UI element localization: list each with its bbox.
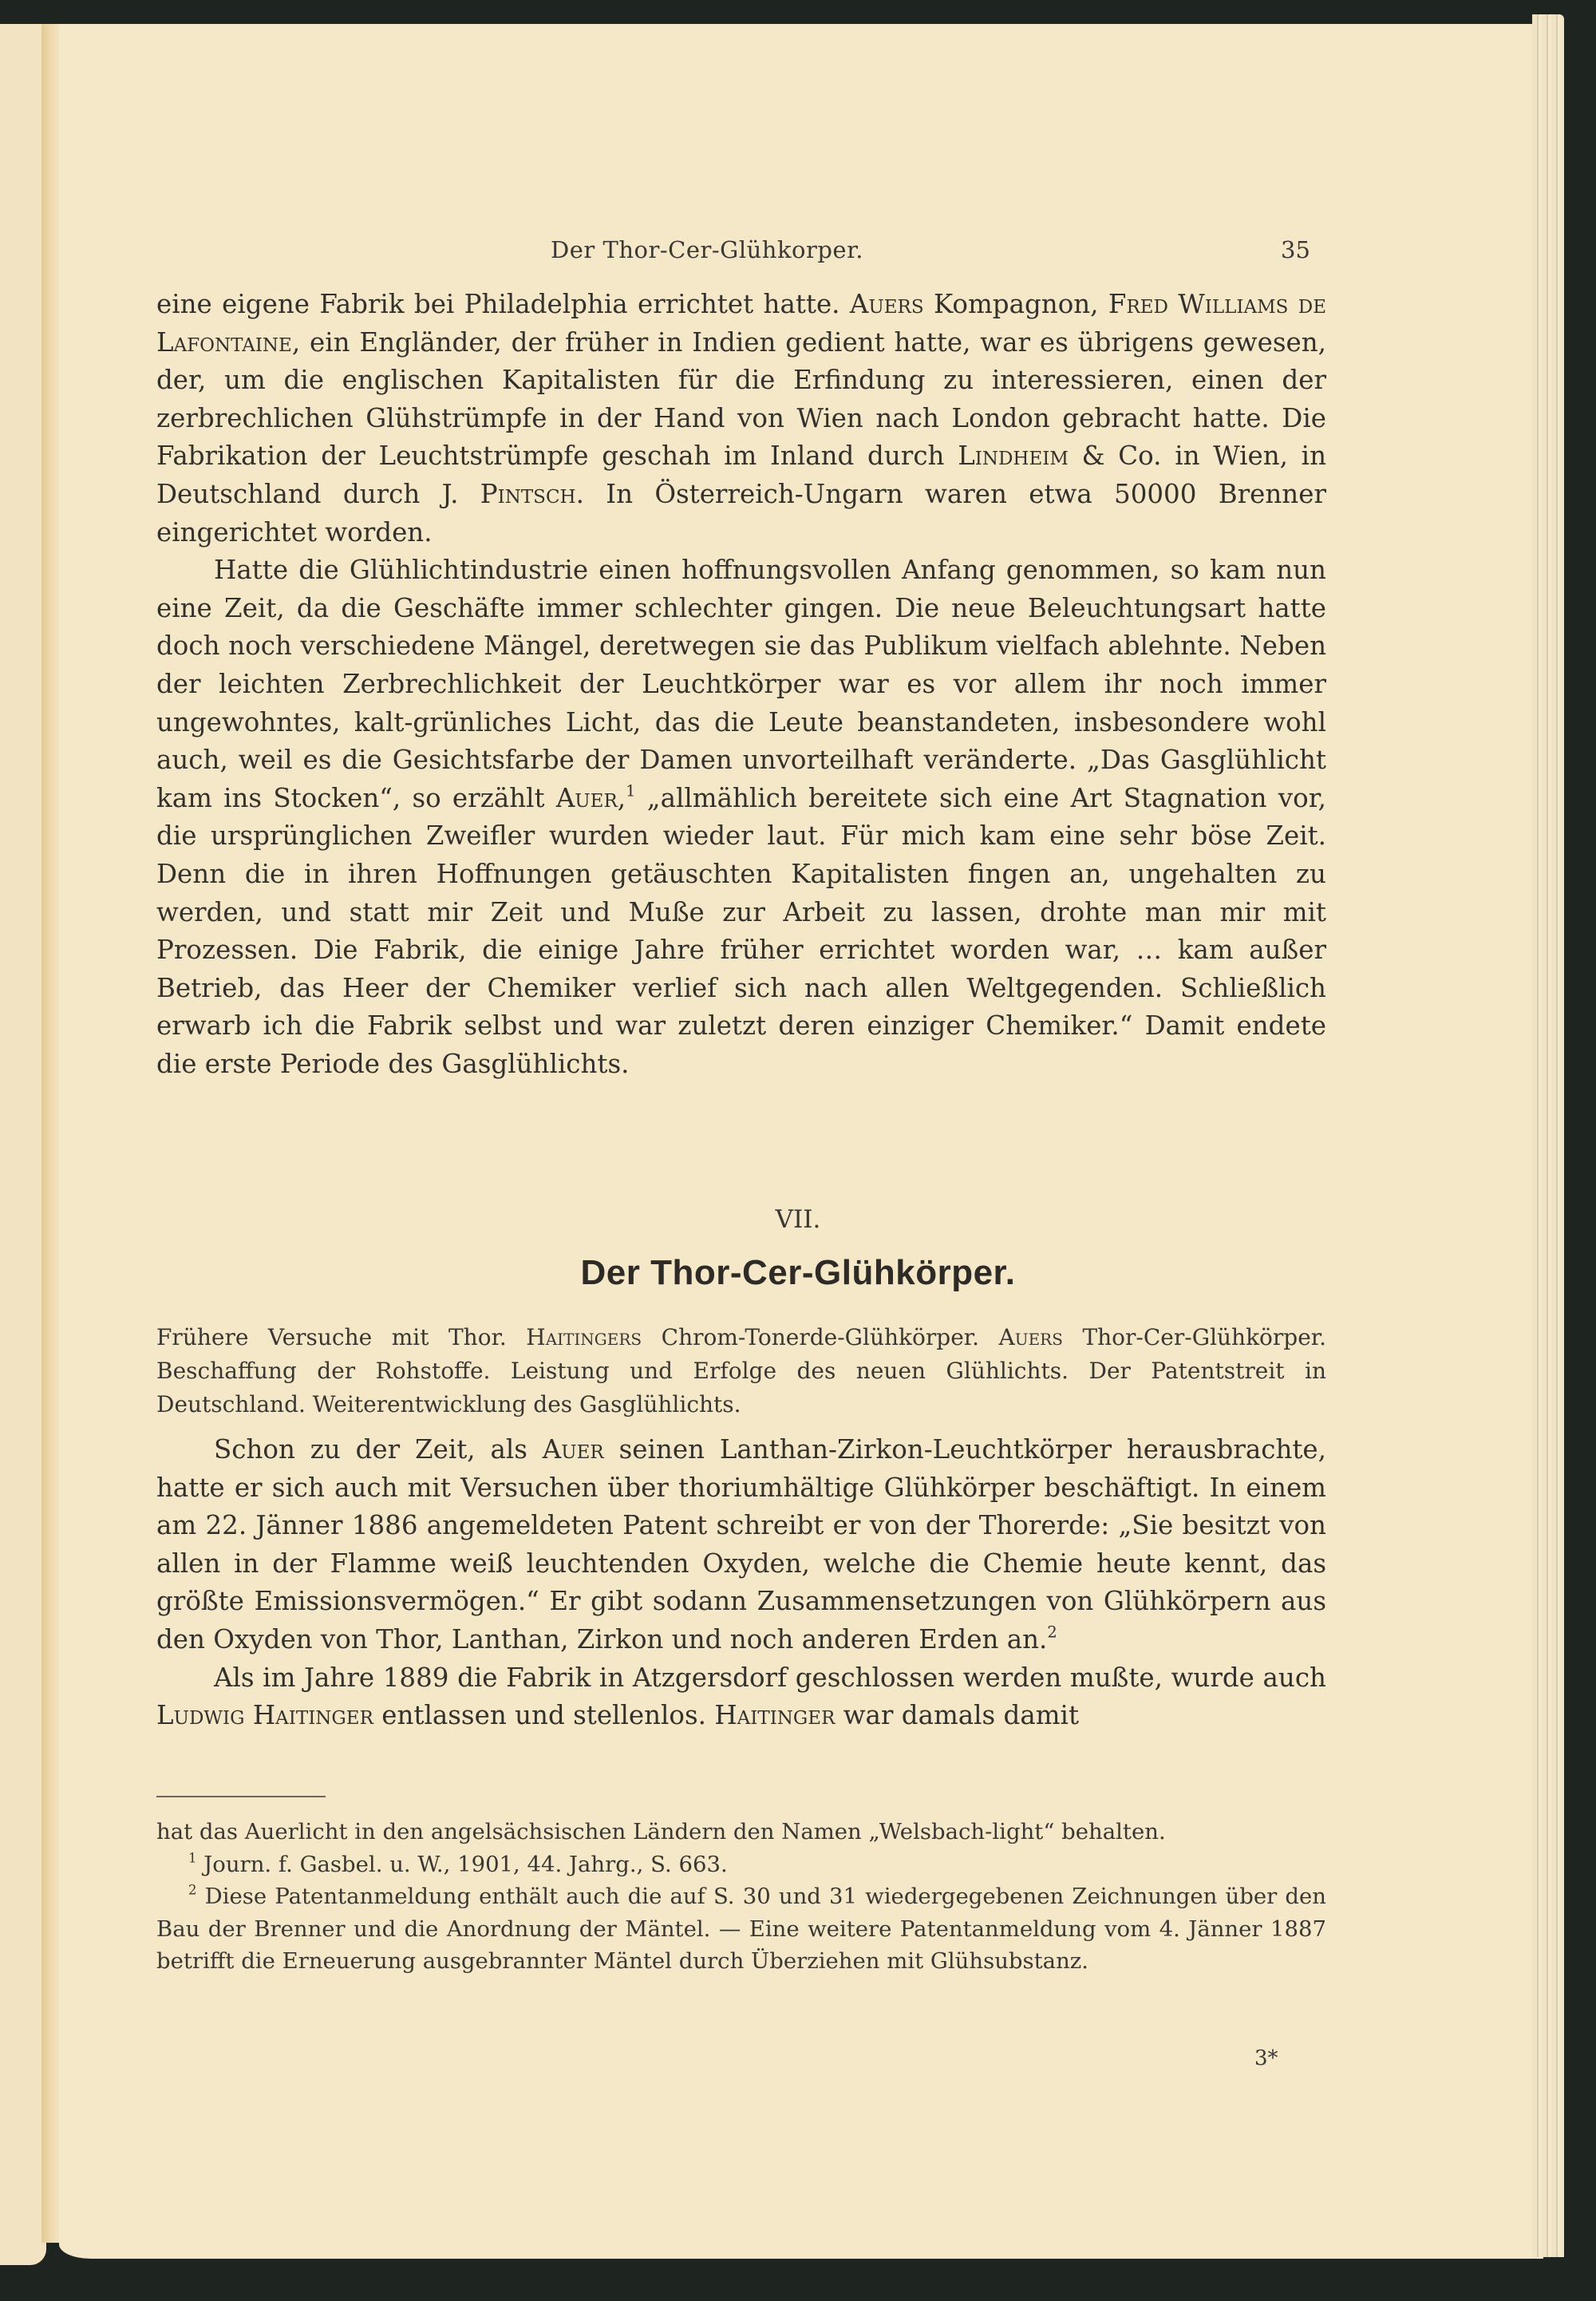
footnote-divider	[156, 1796, 326, 1797]
paragraph: Als im Jahre 1889 die Fabrik in Atzgersd…	[156, 1659, 1326, 1735]
text-run: Schon zu der Zeit, als	[214, 1434, 543, 1465]
chapter-number: VII.	[0, 1205, 1596, 1234]
small-caps-name: Haitinger	[714, 1700, 835, 1730]
text-run: Als im Jahre 1889 die Fabrik in Atzgersd…	[214, 1662, 1326, 1693]
paragraph: Schon zu der Zeit, als Auer seinen Lanth…	[156, 1431, 1326, 1659]
text-run: Hatte die Glühlichtindustrie einen hoffn…	[156, 555, 1326, 813]
small-caps-name: Auer	[556, 783, 618, 813]
text-run: seinen Lanthan-Zirkon-Leuchtkörper herau…	[156, 1434, 1326, 1655]
body-text-top: eine eigene Fabrik bei Philadelphia erri…	[156, 286, 1326, 1083]
small-caps-name: Pintsch	[480, 479, 576, 509]
chapter-synopsis: Frühere Versuche mit Thor. Haitingers Ch…	[156, 1321, 1326, 1421]
book-gutter	[41, 24, 59, 2243]
small-caps-name: Auer	[543, 1434, 604, 1465]
page-number: 35	[1281, 236, 1310, 263]
footnote-text: Diese Patentanmeldung enthält auch die a…	[156, 1884, 1326, 1974]
text-run: Kompagnon,	[924, 289, 1108, 319]
left-page-edge	[0, 24, 46, 2265]
text-run: war damals damit	[835, 1700, 1079, 1730]
chapter-title: Der Thor-Cer-Glühkörper.	[0, 1253, 1596, 1293]
small-caps-name: Ludwig Haitinger	[156, 1700, 373, 1730]
page-stack-edges	[1532, 14, 1564, 2257]
paragraph: eine eigene Fabrik bei Philadelphia erri…	[156, 286, 1326, 552]
text-run: entlassen und stellenlos.	[373, 1700, 714, 1730]
running-head: Der Thor-Cer-Glühkorper. 35	[0, 236, 1596, 268]
footnote-1: 1 Journ. f. Gasbel. u. W., 1901, 44. Jah…	[156, 1848, 1326, 1881]
paragraph: Hatte die Glühlichtindustrie einen hoffn…	[156, 552, 1326, 1083]
signature-mark: 3*	[1254, 2046, 1278, 2070]
footnote-2: 2 Diese Patentanmeldung enthält auch die…	[156, 1880, 1326, 1978]
footnote-reference: 2	[1047, 1623, 1057, 1641]
small-caps-name: Auers	[999, 1324, 1063, 1350]
footnote-reference: 1	[626, 781, 635, 800]
small-caps-name: Haitingers	[526, 1324, 642, 1350]
running-title: Der Thor-Cer-Glühkorper.	[551, 236, 863, 263]
footnote-mark: 1	[188, 1850, 197, 1865]
footnote-text: Journ. f. Gasbel. u. W., 1901, 44. Jahrg…	[203, 1852, 727, 1877]
text-run: „allmählich bereitete sich eine Art Stag…	[156, 783, 1326, 1079]
text-run: ,	[618, 783, 626, 813]
text-run: eine eigene Fabrik bei Philadelphia erri…	[156, 289, 850, 319]
footnote-mark: 2	[188, 1882, 197, 1897]
text-run: Frühere Versuche mit Thor.	[156, 1324, 526, 1350]
small-caps-name: Lindheim	[958, 441, 1069, 471]
footnotes: hat das Auerlicht in den angelsächsische…	[156, 1816, 1326, 1978]
footnote-continuation: hat das Auerlicht in den angelsächsische…	[156, 1816, 1326, 1848]
body-text-bottom: Schon zu der Zeit, als Auer seinen Lanth…	[156, 1431, 1326, 1735]
text-run: Chrom-Tonerde-Glühkörper.	[642, 1324, 998, 1350]
small-caps-name: Auers	[850, 289, 924, 319]
